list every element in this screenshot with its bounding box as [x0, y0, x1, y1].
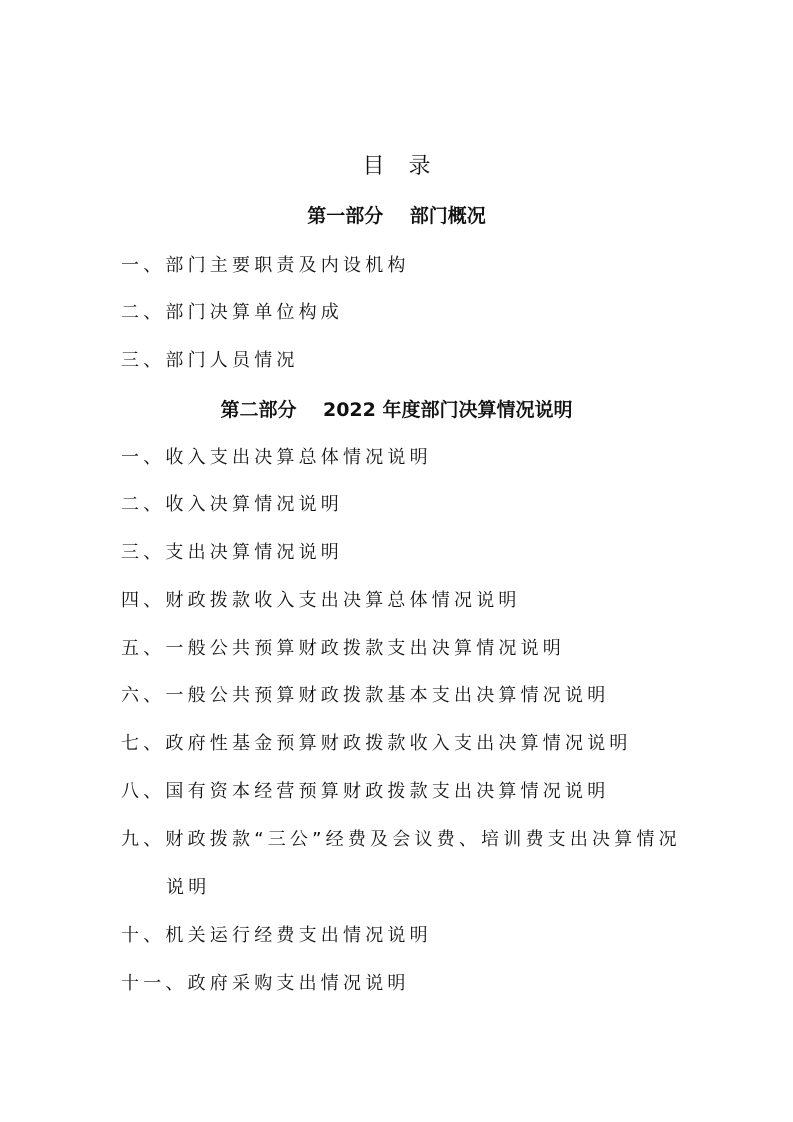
toc-item: 六、一般公共预算财政拨款基本支出决算情况说明 — [121, 683, 609, 709]
toc-item: 二、收入决算情况说明 — [121, 492, 343, 518]
part2-heading: 第二部分 2022 年度部门决算情况说明 — [0, 396, 793, 424]
toc-item: 十、机关运行经费支出情况说明 — [121, 923, 432, 949]
toc-item: 三、支出决算情况说明 — [121, 540, 343, 566]
toc-title: 目录 — [0, 152, 793, 182]
toc-item: 八、国有资本经营预算财政拨款支出决算情况说明 — [121, 779, 609, 805]
part1-heading: 第一部分 部门概况 — [0, 202, 793, 230]
toc-item: 三、部门人员情况 — [121, 348, 299, 374]
toc-item: 七、政府性基金预算财政拨款收入支出决算情况说明 — [121, 731, 632, 757]
toc-item-continuation: 说明 — [166, 875, 210, 901]
toc-item: 十一、政府采购支出情况说明 — [121, 971, 410, 997]
toc-item: 九、财政拨款“三公”经费及会议费、培训费支出决算情况 — [121, 827, 681, 853]
toc-item: 一、收入支出决算总体情况说明 — [121, 445, 432, 471]
document-page: 目录 第一部分 部门概况 一、部门主要职责及内设机构 二、部门决算单位构成 三、… — [0, 0, 793, 1122]
toc-item: 四、财政拨款收入支出决算总体情况说明 — [121, 588, 521, 614]
toc-item: 二、部门决算单位构成 — [121, 300, 343, 326]
toc-item: 五、一般公共预算财政拨款支出决算情况说明 — [121, 636, 565, 662]
toc-item: 一、部门主要职责及内设机构 — [121, 253, 410, 279]
